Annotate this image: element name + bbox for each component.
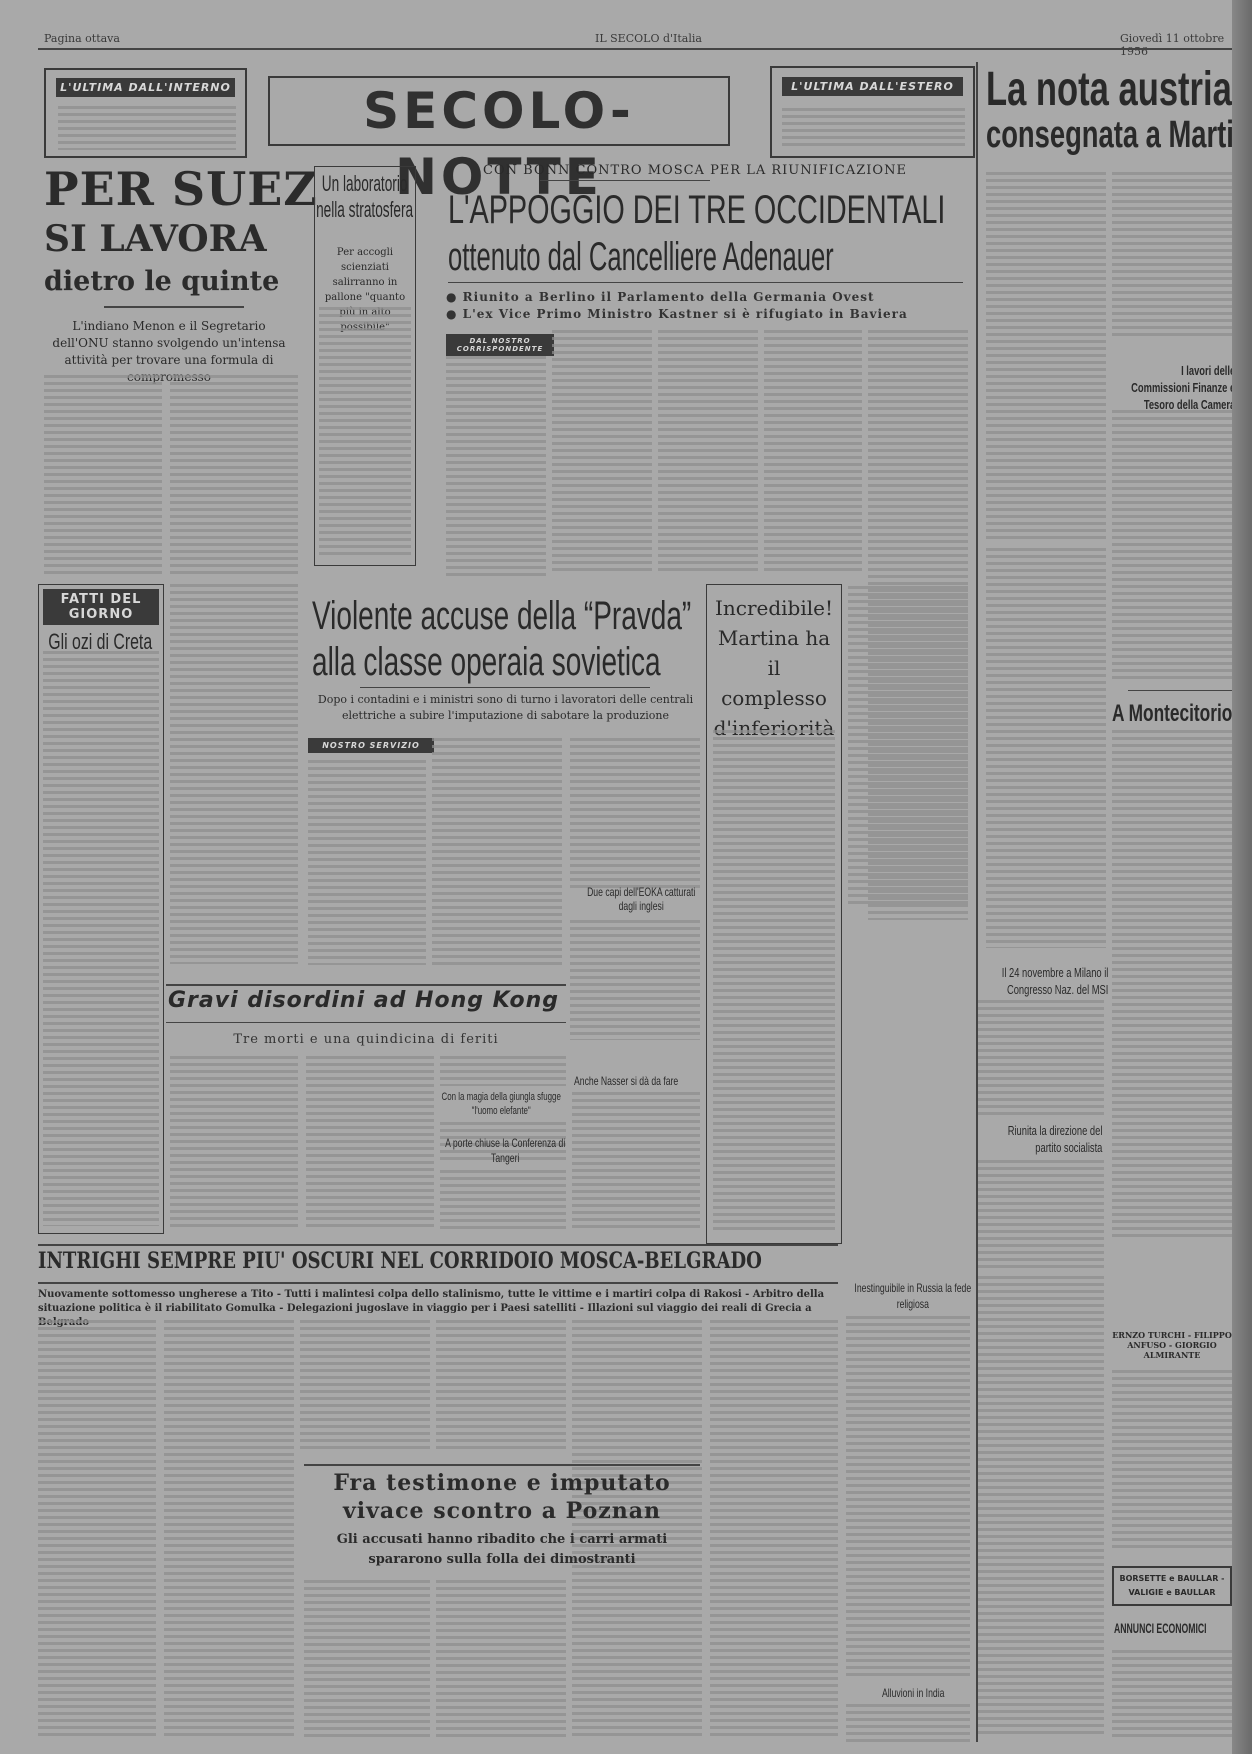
ad-borsette-text: BORSETTE e BAULLAR - VALIGIE e BAULLAR	[1114, 1568, 1230, 1604]
suez-body-2	[170, 375, 298, 575]
russia-body-2	[978, 1276, 1104, 1736]
pravda-deck: Dopo i contadini e i ministri sono di tu…	[308, 692, 703, 724]
binding-shadow	[1232, 0, 1252, 1754]
rule	[166, 984, 566, 986]
classifieds-body	[1112, 1650, 1232, 1740]
hongkong-deck: Tre morti e una quindicina di feriti	[166, 1032, 566, 1047]
adenauer-kicker: CON BONN CONTRO MOSCA PER LA RIUNIFICAZI…	[420, 163, 970, 178]
giungla-headline: Con la magia della giungla sfugge "l'uom…	[440, 1090, 562, 1118]
adenauer-body-3	[658, 330, 758, 575]
russia-body	[846, 1316, 970, 1676]
nasser-body	[572, 1092, 700, 1232]
belgrado-headline: INTRIGHI SEMPRE PIU' OSCURI NEL CORRIDOI…	[38, 1248, 762, 1274]
poznan-body-2	[436, 1580, 566, 1740]
austria-headline-1: La nota austriaca	[986, 62, 1252, 117]
tangeri-body	[440, 1170, 566, 1230]
hongkong-body-3	[440, 1056, 566, 1086]
suez-headline-1: PER SUEZ	[44, 162, 318, 216]
hongkong-headline: Gravi disordini ad Hong Kong	[168, 988, 559, 1013]
ultima-estero-box: L'ULTIMA DALL'ESTERO	[770, 66, 975, 158]
adenauer-byline-tag: DAL NOSTRO CORRISPONDENTE	[446, 334, 554, 356]
suez-headline-3: dietro le quinte	[44, 266, 279, 297]
paper-name: IL SECOLO d'Italia	[595, 32, 702, 45]
rule	[104, 306, 244, 308]
suez-body-1	[44, 375, 162, 575]
ultima-interno-text	[58, 106, 236, 150]
rule	[448, 282, 963, 283]
laboratorio-body	[319, 307, 411, 557]
nasser-headline: Anche Nasser si dà da fare	[574, 1074, 678, 1088]
india-headline: Alluvioni in India	[852, 1686, 974, 1700]
rule	[304, 1464, 700, 1466]
montecitorio-headline: A Montecitorio	[1112, 700, 1232, 728]
rule	[38, 1282, 838, 1284]
ultima-estero-label: L'ULTIMA DALL'ESTERO	[782, 77, 963, 96]
adenauer-body-4	[764, 330, 862, 575]
india-body	[846, 1704, 970, 1744]
pravda-body-2	[432, 738, 562, 965]
msi-headline: Il 24 novembre a Milano il Congresso Naz…	[986, 964, 1108, 998]
rule	[540, 180, 710, 181]
montecitorio-body	[1112, 730, 1232, 1240]
hongkong-body-2	[306, 1056, 434, 1231]
martina-box: Incredibile! Martina ha il complesso d'i…	[706, 584, 842, 1244]
suez-headline-2: SI LAVORA	[44, 218, 267, 260]
russia-headline: Inestinguibile in Russia la fede religio…	[848, 1280, 978, 1312]
belgrado-body-1	[38, 1320, 156, 1740]
pravda-byline-tag: NOSTRO SERVIZIO	[308, 738, 434, 753]
fatti-body	[43, 651, 159, 1226]
adenauer-body-1	[446, 356, 546, 576]
austria-body-1	[986, 172, 1106, 542]
austria-body-2	[1112, 172, 1232, 340]
classifieds-heading: ANNUNCI ECONOMICI	[1114, 1620, 1207, 1636]
adenauer-headline-2: ottenuto dal Cancelliere Adenauer	[448, 235, 834, 280]
belgrado-body-4	[436, 1320, 566, 1450]
austria-headline-2: consegnata a Martino	[986, 114, 1252, 157]
pravda-headline-1: Violente accuse della “Pravda”	[312, 594, 691, 639]
ultima-interno-label: L'ULTIMA DALL'INTERNO	[56, 78, 235, 97]
pravda-headline-2: alla classe operaia sovietica	[312, 640, 661, 685]
ultima-estero-text	[782, 108, 965, 150]
rule	[1128, 690, 1232, 691]
fatti-label: FATTI DEL GIORNO	[43, 589, 159, 625]
pravda-body-1	[308, 760, 426, 965]
eoka-body	[570, 920, 700, 1040]
martina-body-2	[848, 586, 968, 906]
fatti-box: FATTI DEL GIORNO Gli ozi di Creta	[38, 584, 164, 1234]
commissioni-headline: I lavori delle Commissioni Finanze e Tes…	[1120, 362, 1235, 413]
laboratorio-box: Un laboratorio nella stratosfera Per acc…	[314, 166, 416, 566]
secolo-notte-flag: SECOLO-NOTTE	[268, 76, 730, 146]
tangeri-headline: A porte chiuse la Conferenza di Tangeri	[444, 1136, 566, 1166]
page-label: Pagina ottava	[44, 32, 120, 45]
martina-body	[713, 730, 835, 1230]
commissioni-body	[1112, 410, 1232, 680]
fatti-body-2	[170, 584, 298, 964]
laboratorio-headline: Un laboratorio nella stratosfera	[315, 171, 414, 223]
poznan-deck: Gli accusati hanno ribadito che i carri …	[310, 1530, 694, 1570]
eoka-headline: Due capi dell'EOKA catturati dagli ingle…	[580, 885, 702, 913]
ad-borsette: BORSETTE e BAULLAR - VALIGIE e BAULLAR	[1112, 1566, 1232, 1606]
msi-body	[978, 1000, 1104, 1118]
poznan-body-1	[304, 1580, 430, 1740]
hongkong-body-1	[170, 1056, 298, 1231]
martina-headline: Incredibile! Martina ha il complesso d'i…	[707, 585, 841, 751]
rule	[38, 1244, 838, 1246]
ultima-interno-box: L'ULTIMA DALL'INTERNO	[44, 68, 247, 158]
belgrado-body-2	[164, 1320, 294, 1740]
belgrado-body-3	[300, 1320, 430, 1450]
poznan-headline-2: vivace scontro a Poznan	[304, 1498, 700, 1524]
adenauer-headline-1: L'APPOGGIO DEI TRE OCCIDENTALI	[448, 188, 945, 233]
socialista-headline: Riunita la direzione del partito sociali…	[980, 1122, 1102, 1156]
rule	[360, 687, 650, 688]
belgrado-body-6	[710, 1320, 838, 1740]
rule	[166, 1022, 566, 1023]
pravda-body-3	[570, 738, 700, 888]
adenauer-bullet-2: L'ex Vice Primo Ministro Kastner si è ri…	[446, 307, 908, 321]
masthead-rule	[38, 48, 1233, 50]
poznan-headline-1: Fra testimone e imputato	[304, 1470, 700, 1496]
adenauer-bullet-1: Riunito a Berlino il Parlamento della Ge…	[446, 290, 875, 304]
adenauer-body-2	[552, 330, 652, 575]
austria-body-3	[986, 548, 1106, 948]
socialista-body	[978, 1160, 1104, 1270]
sidebar-notices	[1112, 1370, 1232, 1550]
directors-credit: ERNZO TURCHI - FILIPPO ANFUSO - GIORGIO …	[1112, 1330, 1232, 1360]
